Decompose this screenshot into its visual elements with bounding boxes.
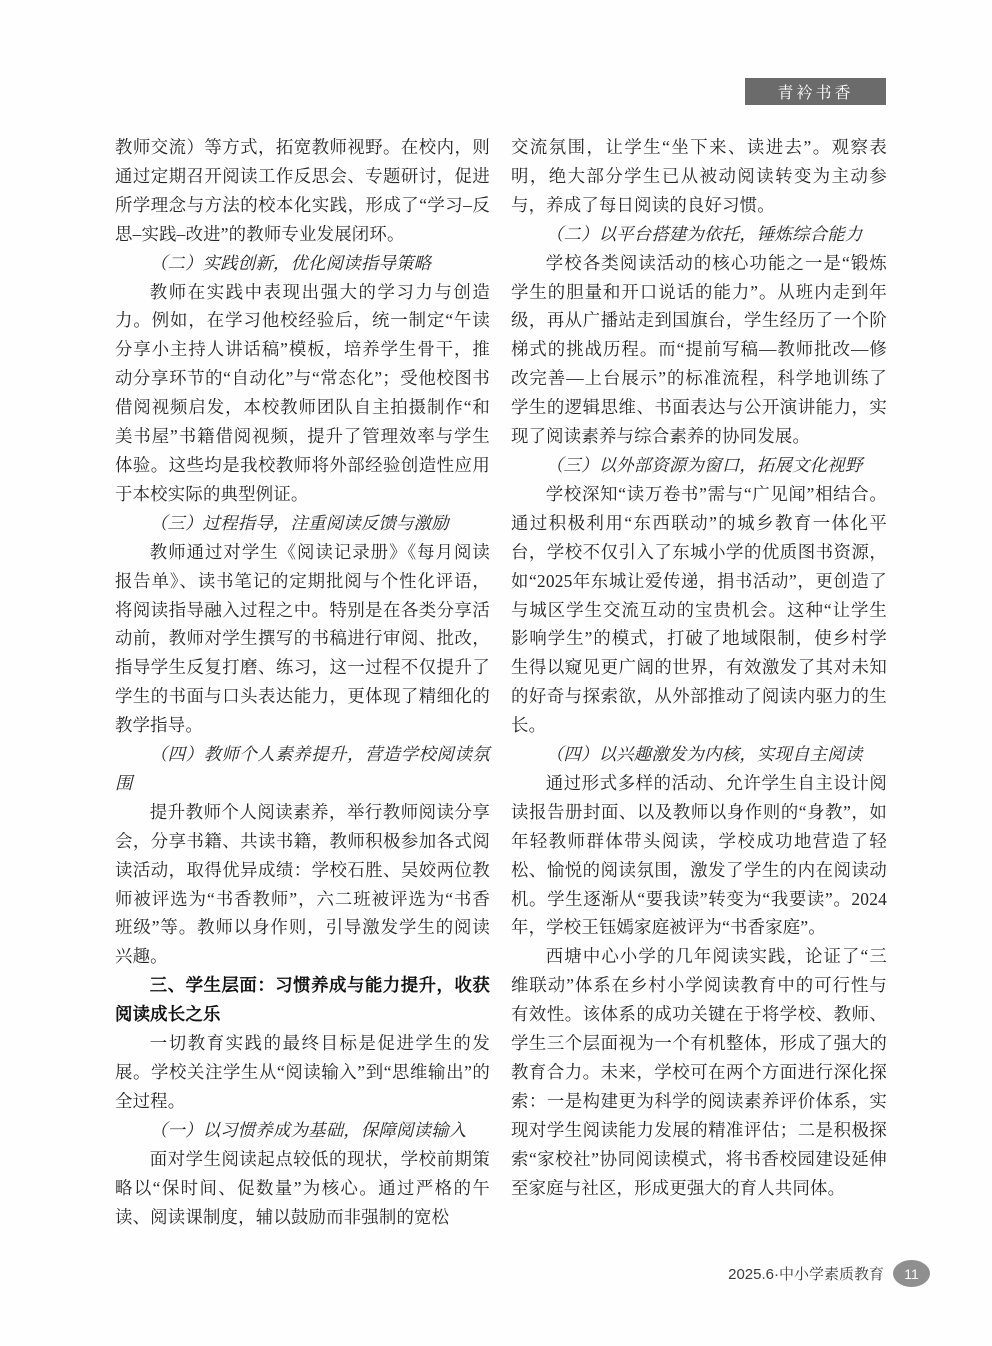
sub-heading: （二）以平台搭建为依托，锤炼综合能力 [511, 220, 887, 249]
sub-heading: （四）教师个人素养提升，营造学校阅读氛围 [115, 740, 490, 798]
journal-issue-label: 2025.6·中小学素质教育 [728, 1263, 884, 1284]
page-number-badge: 11 [893, 1260, 930, 1287]
paragraph: 交流氛围，让学生“坐下来、读进去”。观察表明，绝大部分学生已从被动阅读转变为主动… [511, 133, 887, 220]
header-section-badge: 青衿书香 [745, 78, 886, 105]
paragraph: 教师在实践中表现出强大的学习力与创造力。例如，在学习他校经验后，统一制定“午读分… [115, 278, 490, 509]
paragraph: 教师交流）等方式，拓宽教师视野。在校内，则通过定期召开阅读工作反思会、专题研讨，… [115, 133, 490, 249]
sub-heading: （四）以兴趣激发为内核，实现自主阅读 [511, 740, 887, 769]
magazine-page: 青衿书香 教师交流）等方式，拓宽教师视野。在校内，则通过定期召开阅读工作反思会、… [0, 0, 992, 1346]
section-heading: 三、学生层面：习惯养成与能力提升，收获阅读成长之乐 [115, 971, 490, 1029]
paragraph: 学校各类阅读活动的核心功能之一是“锻炼学生的胆量和开口说话的能力”。从班内走到年… [511, 249, 887, 451]
left-column: 教师交流）等方式，拓宽教师视野。在校内，则通过定期召开阅读工作反思会、专题研讨，… [115, 133, 490, 1231]
paragraph: 提升教师个人阅读素养，举行教师阅读分享会，分享书籍、共读书籍，教师积极参加各式阅… [115, 798, 490, 971]
paragraph: 一切教育实践的最终目标是促进学生的发展。学校关注学生从“阅读输入”到“思维输出”… [115, 1029, 490, 1116]
article-body: 教师交流）等方式，拓宽教师视野。在校内，则通过定期召开阅读工作反思会、专题研讨，… [115, 133, 887, 1231]
paragraph: 通过形式多样的活动、允许学生自主设计阅读报告册封面、以及教师以身作则的“身教”，… [511, 769, 887, 942]
sub-heading: （二）实践创新，优化阅读指导策略 [115, 249, 490, 278]
right-column: 交流氛围，让学生“坐下来、读进去”。观察表明，绝大部分学生已从被动阅读转变为主动… [511, 133, 887, 1231]
sub-heading: （三）以外部资源为窗口，拓展文化视野 [511, 451, 887, 480]
sub-heading: （三）过程指导，注重阅读反馈与激励 [115, 509, 490, 538]
sub-heading: （一）以习惯养成为基础，保障阅读输入 [115, 1116, 490, 1145]
paragraph: 教师通过对学生《阅读记录册》《每月阅读报告单》、读书笔记的定期批阅与个性化评语，… [115, 538, 490, 740]
paragraph: 学校深知“读万卷书”需与“广见闻”相结合。通过积极利用“东西联动”的城乡教育一体… [511, 480, 887, 740]
page-footer: 2025.6·中小学素质教育 11 [728, 1260, 930, 1287]
paragraph: 西塘中心小学的几年阅读实践，论证了“三维联动”体系在乡村小学阅读教育中的可行性与… [511, 942, 887, 1202]
paragraph: 面对学生阅读起点较低的现状，学校前期策略以“保时间、促数量”为核心。通过严格的午… [115, 1145, 490, 1232]
